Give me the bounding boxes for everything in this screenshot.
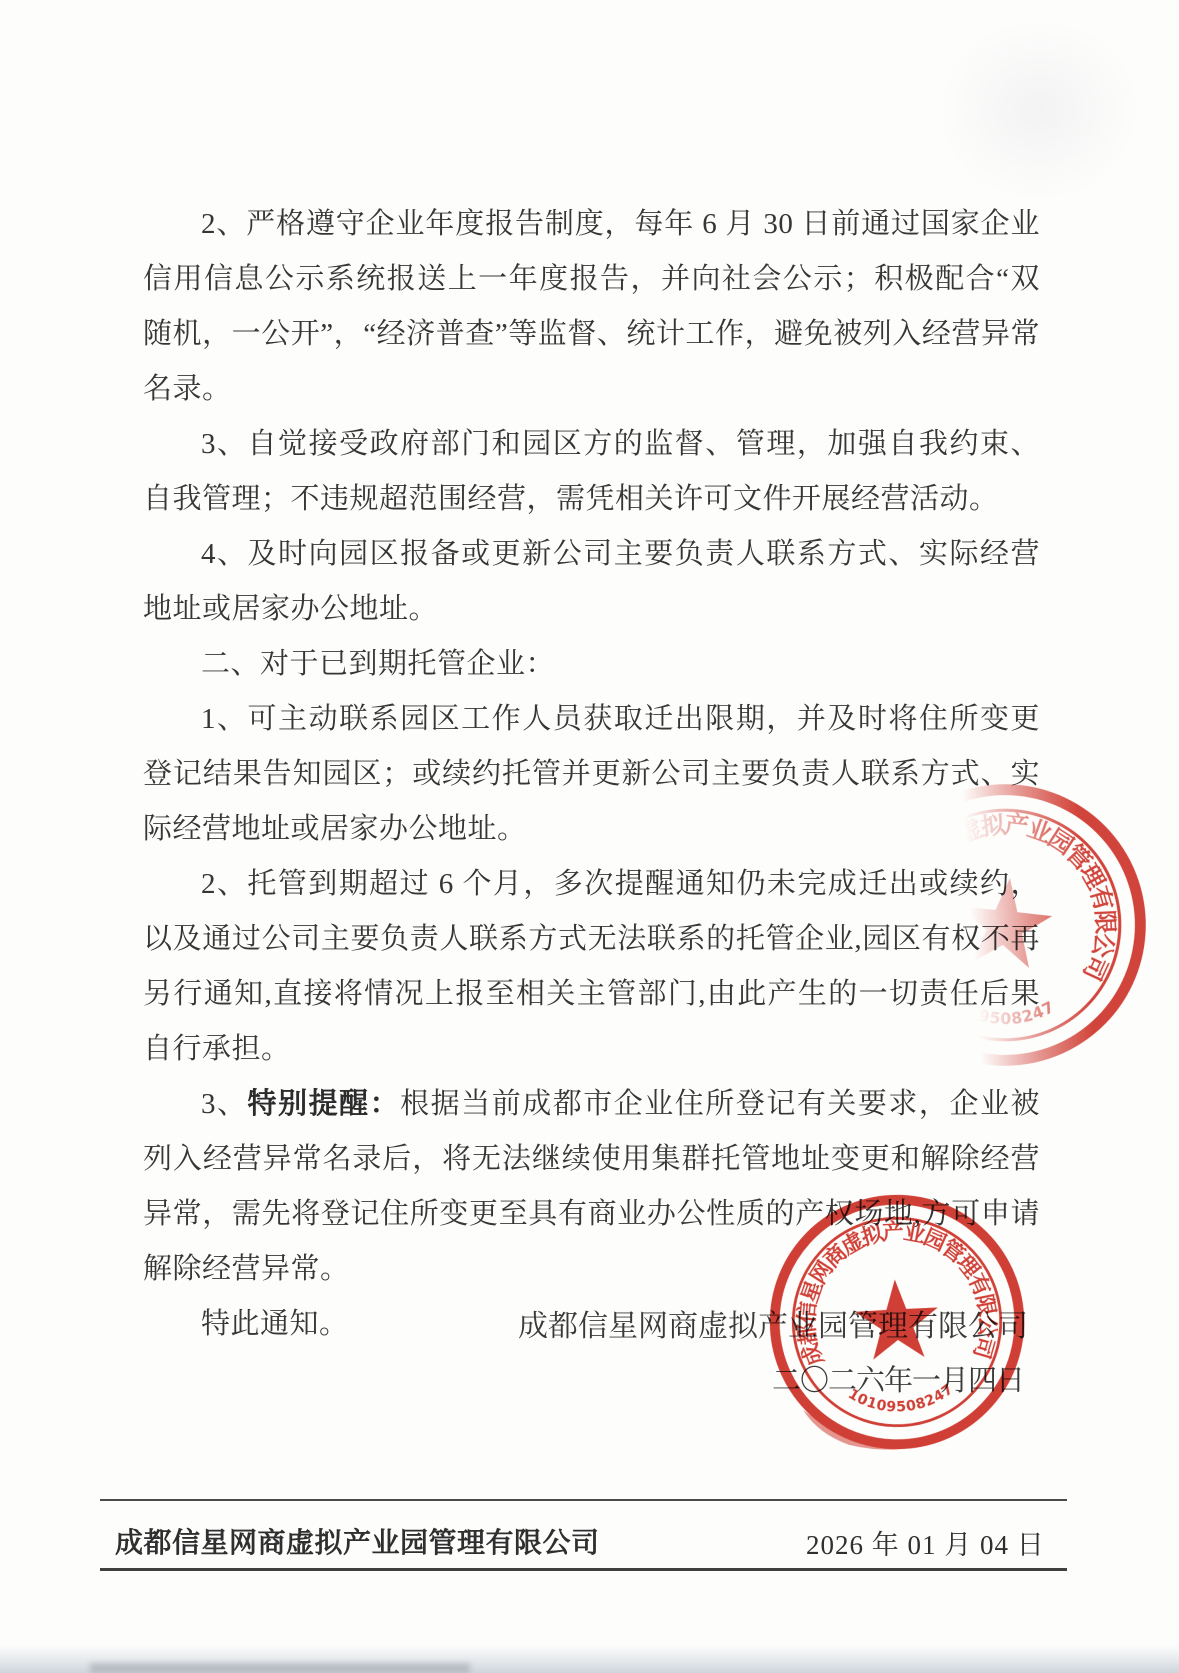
scan-bottom-smudge	[90, 1663, 470, 1673]
paragraph-report-update: 4、及时向园区报备或更新公司主要负责人联系方式、实际经营地址或居家办公地址。	[143, 527, 1040, 637]
paragraph-special-reminder: 3、特别提醒：根据当前成都市企业住所登记有关要求，企业被列入经营异常名录后，将无…	[143, 1077, 1040, 1297]
document-page: 2、严格遵守企业年度报告制度，每年 6 月 30 日前通过国家企业信用信息公示系…	[0, 0, 1179, 1673]
signature-company-name: 成都信星网商虚拟产业园管理有限公司	[518, 1301, 1028, 1345]
section-two-heading: 二、对于已到期托管企业：	[143, 637, 1040, 692]
scan-artifact	[939, 20, 1139, 200]
footer-company-name: 成都信星网商虚拟产业园管理有限公司	[115, 1521, 600, 1561]
reminder-number: 3、	[201, 1088, 248, 1120]
paragraph-overdue: 2、托管到期超过 6 个月，多次提醒通知仍未完成迁出或续约，以及通过公司主要负责…	[143, 857, 1040, 1077]
reminder-bold-label: 特别提醒：	[248, 1088, 401, 1120]
seal-ink-smudge	[803, 1403, 936, 1454]
footer-divider-bottom	[100, 1568, 1067, 1571]
notice-body: 2、严格遵守企业年度报告制度，每年 6 月 30 日前通过国家企业信用信息公示系…	[143, 197, 1040, 1352]
signature-date: 二〇二六年一月四日	[772, 1358, 1024, 1399]
paragraph-annual-report: 2、严格遵守企业年度报告制度，每年 6 月 30 日前通过国家企业信用信息公示系…	[143, 197, 1040, 417]
footer-date: 2026 年 01 月 04 日	[806, 1523, 1045, 1562]
paragraph-supervision: 3、自觉接受政府部门和园区方的监督、管理，加强自我约束、自我管理；不违规超范围经…	[143, 417, 1040, 527]
paragraph-moveout: 1、可主动联系园区工作人员获取迁出限期，并及时将住所变更登记结果告知园区；或续约…	[143, 692, 1040, 857]
footer-divider-top	[100, 1499, 1067, 1501]
